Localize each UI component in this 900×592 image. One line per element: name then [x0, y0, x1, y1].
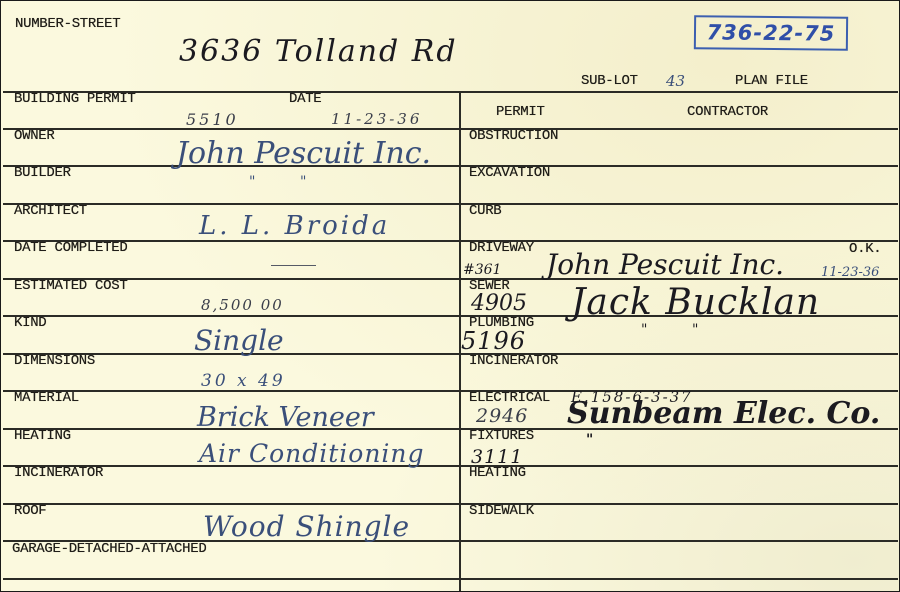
rule: [3, 353, 898, 355]
sewer-contractor: Jack Bucklan: [571, 285, 820, 321]
rule: [3, 240, 898, 242]
label-garage: GARAGE-DETACHED-ATTACHED: [12, 541, 206, 557]
label-date: DATE: [289, 91, 321, 107]
plan-file-label: PLAN FILE: [735, 73, 808, 89]
value-heating: Air Conditioning: [199, 441, 425, 466]
value-estimated-cost: 8,500 00: [201, 298, 284, 313]
rule: [3, 578, 898, 580]
rule: [3, 165, 898, 167]
label-architect: ARCHITECT: [14, 203, 87, 219]
value-date: 11-23-36: [331, 112, 422, 127]
label-obstruction: OBSTRUCTION: [469, 128, 558, 144]
rule: [3, 465, 898, 467]
label-heating: HEATING: [14, 428, 71, 444]
label-permit: PERMIT: [496, 104, 545, 120]
label-sidewalk: SIDEWALK: [469, 503, 534, 519]
number-street-value: 3636 Tolland Rd: [179, 37, 458, 67]
driveway-number: #361: [463, 263, 501, 277]
driveway-status: O.K.: [849, 241, 881, 257]
driveway-contractor: John Pescuit Inc.: [546, 251, 784, 279]
label-fixtures: FIXTURES: [469, 428, 534, 444]
value-builder: " ": [249, 175, 306, 189]
value-date-completed-dash: [271, 265, 316, 266]
value-building-permit: 5510: [186, 112, 239, 128]
plumbing-number: 5196: [461, 329, 526, 353]
label-excavation: EXCAVATION: [469, 165, 550, 181]
number-street-label: NUMBER-STREET: [15, 16, 120, 32]
rule: [3, 91, 898, 93]
label-incinerator-right: INCINERATOR: [469, 353, 558, 369]
label-estimated-cost: ESTIMATED COST: [14, 278, 127, 294]
stamp-number: 736-22-75: [694, 15, 848, 51]
label-contractor: CONTRACTOR: [687, 104, 768, 120]
value-kind: Single: [194, 327, 284, 355]
value-roof: Wood Shingle: [203, 513, 410, 541]
electrical-number: 2946: [476, 407, 528, 426]
rule: [3, 390, 898, 392]
label-roof: ROOF: [14, 503, 46, 519]
sewer-number: 4905: [471, 293, 527, 315]
driveway-date: 11-23-36: [821, 266, 879, 279]
label-curb: CURB: [469, 203, 501, 219]
fixtures-number: 3111: [471, 448, 523, 467]
label-kind: KIND: [14, 315, 46, 331]
label-date-completed: DATE COMPLETED: [14, 240, 127, 256]
fixtures-contractor: " " ": [586, 433, 899, 447]
rule: [3, 203, 898, 205]
value-dimensions: 30 x 49: [201, 373, 286, 390]
label-owner: OWNER: [14, 128, 55, 144]
label-driveway: DRIVEWAY: [469, 240, 534, 256]
electrical-contractor: Sunbeam Elec. Co.: [567, 399, 880, 429]
label-electrical: ELECTRICAL: [469, 390, 550, 406]
value-material: Brick Veneer: [197, 404, 374, 431]
value-architect: L. L. Broida: [199, 213, 390, 239]
label-material: MATERIAL: [14, 390, 79, 406]
rule: [3, 503, 898, 505]
plumbing-contractor: " ": [641, 323, 698, 337]
label-incinerator: INCINERATOR: [14, 465, 103, 481]
rule: [3, 128, 898, 130]
label-building-permit: BUILDING PERMIT: [14, 91, 136, 107]
label-dimensions: DIMENSIONS: [14, 353, 95, 369]
sub-lot-value: 43: [666, 74, 685, 89]
label-builder: BUILDER: [14, 165, 71, 181]
building-permit-card: NUMBER-STREET 3636 Tolland Rd 736-22-75 …: [1, 1, 899, 591]
value-owner: John Pescuit Inc.: [176, 139, 431, 169]
sub-lot-label: SUB-LOT: [581, 73, 638, 89]
